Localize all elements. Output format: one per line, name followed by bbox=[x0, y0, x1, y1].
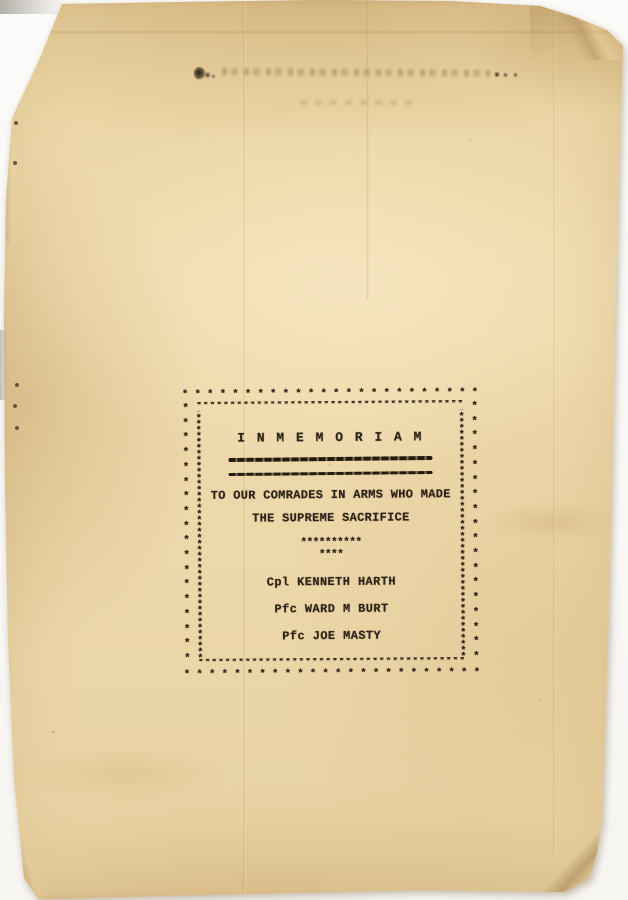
staple-hole bbox=[15, 426, 19, 430]
staple-hole bbox=[14, 121, 18, 125]
ink-smudge bbox=[513, 72, 518, 78]
dense-asterisk-border-right: * * * * * * * * * * * * * * * * * * * * … bbox=[457, 409, 468, 657]
staple-hole bbox=[13, 161, 17, 165]
ink-smudge bbox=[204, 71, 211, 79]
memorial-box: * * * * * * * * * * * * * * * * * * * * … bbox=[179, 386, 483, 682]
asterisk-border-right: * * * * * * * * * * * * * * * * * * bbox=[468, 400, 483, 666]
asterisk-border-left: * * * * * * * * * * * * * * * * * * bbox=[179, 402, 194, 668]
staple-hole bbox=[13, 404, 17, 408]
dedication-line-2: THE SUPREME SACRIFICE bbox=[204, 510, 458, 526]
bleedthrough-text-smudge bbox=[300, 100, 420, 105]
honored-name-1: Cpl KENNETH HARTH bbox=[204, 574, 458, 590]
ink-smudge bbox=[494, 71, 500, 78]
separator-asterisks-2: **** bbox=[204, 548, 458, 562]
memorial-title: I N M E M O R I A M bbox=[203, 429, 457, 446]
staple-hole bbox=[15, 383, 19, 387]
ink-smudge bbox=[503, 72, 508, 78]
inner-frame-middle: * * * * * * * * * * * * * * * * * * * * … bbox=[194, 409, 468, 659]
honored-name-3: Pfc JOE MASTY bbox=[205, 628, 459, 644]
title-underline-1 bbox=[228, 456, 432, 462]
title-underline-2 bbox=[229, 470, 433, 475]
asterisk-border-bottom: * * * * * * * * * * * * * * * * * * * * … bbox=[181, 666, 483, 682]
memorial-content: I N M E M O R I A M TO OUR COMRADES IN A… bbox=[203, 409, 459, 659]
paper-sheet: * * * * * * * * * * * * * * * * * * * * … bbox=[0, 0, 628, 900]
dedication-line-1: TO OUR COMRADES IN ARMS WHO MADE bbox=[204, 487, 458, 503]
ink-smudge bbox=[211, 74, 216, 79]
memorial-box-middle: * * * * * * * * * * * * * * * * * * ****… bbox=[179, 400, 483, 668]
scan-background: * * * * * * * * * * * * * * * * * * * * … bbox=[0, 0, 628, 900]
honored-name-2: Pfc WARD M BURT bbox=[204, 601, 458, 617]
inner-asterisk-frame: ****************************************… bbox=[194, 400, 468, 668]
paper-shadow: * * * * * * * * * * * * * * * * * * * * … bbox=[0, 0, 628, 900]
